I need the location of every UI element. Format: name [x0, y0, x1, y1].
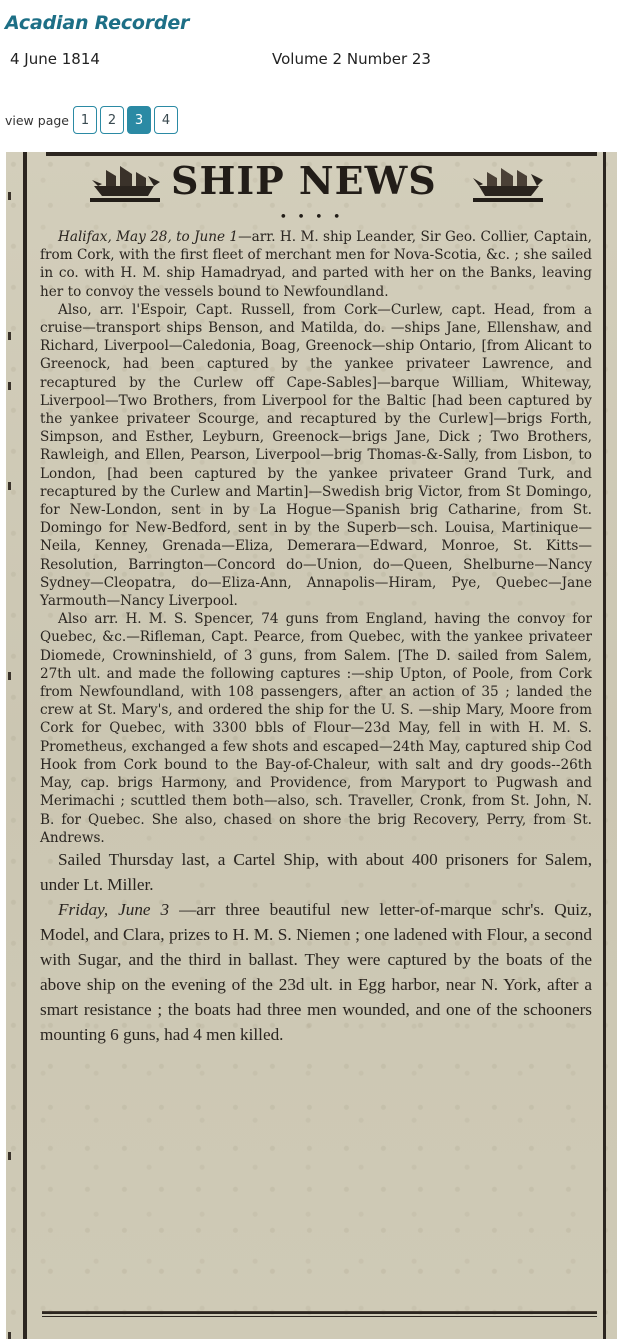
paragraph-text: Sailed Thursday last, a Cartel Ship, wit… [40, 850, 592, 894]
article-paragraph: Friday, June 3 —arr three beautiful new … [40, 897, 592, 1047]
paragraph-dateline: Halifax, May 28, to June 1 [58, 229, 238, 245]
bottom-rule-thin [42, 1316, 597, 1317]
column-rule-left [23, 152, 27, 1339]
issue-volume: Volume 2 Number 23 [272, 50, 431, 68]
ornament-dots: • • • • [6, 210, 617, 225]
page-edge-marks [6, 152, 14, 1339]
paragraph-text: —arr three beautiful new letter-of-marqu… [40, 900, 592, 1044]
ship-icon [88, 164, 162, 204]
page-button-1[interactable]: 1 [73, 106, 97, 134]
paragraph-text: Also, arr. l'Espoir, Capt. Russell, from… [40, 302, 592, 609]
publication-title: Acadian Recorder [5, 12, 189, 34]
article-paragraph: Halifax, May 28, to June 1—arr. H. M. sh… [40, 228, 592, 301]
ship-news-article: Halifax, May 28, to June 1—arr. H. M. sh… [40, 228, 592, 1047]
article-paragraph: Also, arr. l'Espoir, Capt. Russell, from… [40, 301, 592, 610]
article-paragraph: Also arr. H. M. S. Spencer, 74 guns from… [40, 610, 592, 847]
bottom-rule [42, 1311, 597, 1314]
section-masthead: SHIP NEWS [6, 160, 617, 206]
view-page-label: view page [5, 113, 69, 128]
paragraph-text: Also arr. H. M. S. Spencer, 74 guns from… [40, 611, 592, 845]
newspaper-page-scan: SHIP NEWS • • • • Halifax, May 28, to Ju… [6, 152, 617, 1339]
article-paragraph: Sailed Thursday last, a Cartel Ship, wit… [40, 847, 592, 897]
top-rule [46, 152, 597, 156]
paragraph-dateline: Friday, June 3 [58, 900, 169, 919]
ship-icon [471, 164, 545, 204]
section-heading: SHIP NEWS [171, 158, 437, 204]
page-button-4[interactable]: 4 [154, 106, 178, 134]
page-button-2[interactable]: 2 [100, 106, 124, 134]
page-navigation: view page 1 2 3 4 [5, 106, 178, 134]
issue-date: 4 June 1814 [10, 50, 100, 68]
page-button-3-current[interactable]: 3 [127, 106, 151, 134]
column-rule-right [603, 152, 606, 1339]
